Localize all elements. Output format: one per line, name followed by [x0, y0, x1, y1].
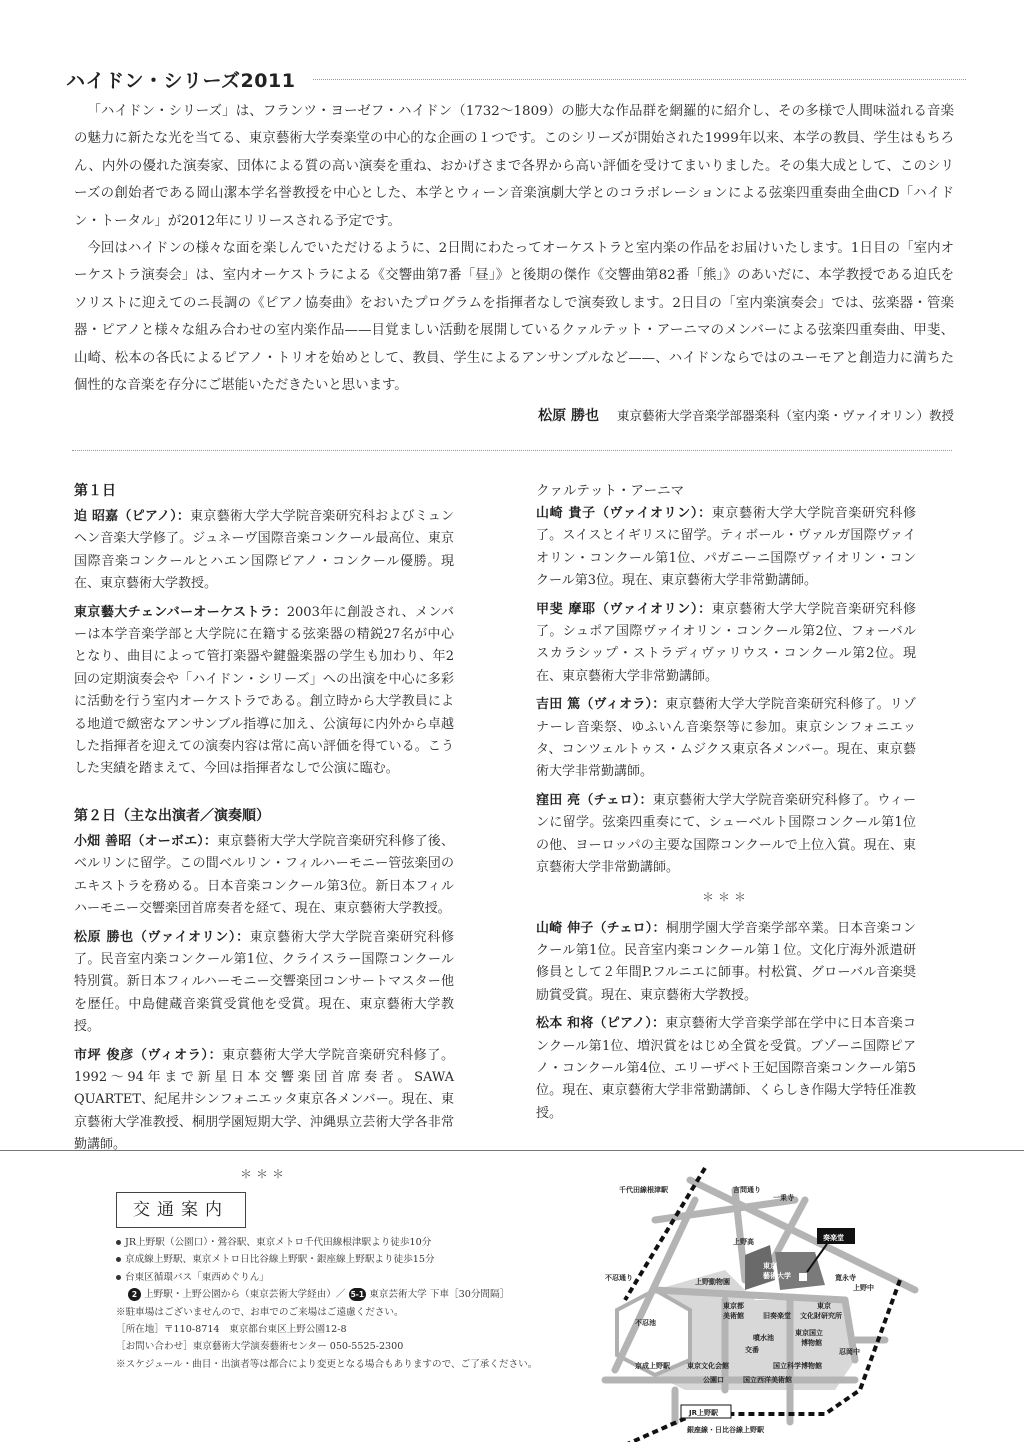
page-title: ハイドン・シリーズ2011 — [66, 66, 295, 93]
map-label: 一乗寺 — [773, 1193, 794, 1202]
map-label: 公園口 — [702, 1375, 724, 1384]
bio-entry: 小畑 善昭（オーボエ）：東京藝術大学大学院音楽研究科修了後、ベルリンに留学。この… — [74, 831, 454, 921]
bio-entry: 迫 昭嘉（ピアノ）：東京藝術大学大学院音楽研究科およびミュンヘン音楽大学修了。ジ… — [74, 506, 454, 596]
bio-text: 東京藝術大学音楽学部在学中に日本音楽コンクール第1位、増沢賞をはじめ全賞を受賞。… — [536, 1016, 916, 1121]
access-item: JR上野駅（公園口）・鶯谷駅、東京メトロ千代田線根津駅より徒歩10分 — [116, 1234, 586, 1251]
bio-name: 市坪 俊彦（ヴィオラ）： — [74, 1048, 222, 1063]
title-divider — [313, 79, 966, 80]
bio-name: 吉田 篤（ヴィオラ）： — [536, 697, 665, 712]
parking-note: ※駐車場はございませんので、お車でのご来場はご遠慮ください。 — [116, 1304, 586, 1321]
bio-name: 松原 勝也（ヴァイオリン）： — [74, 930, 250, 945]
signature: 松原 勝也 東京藝術大学音楽学部器楽科（室内楽・ヴァイオリン）教授 — [538, 405, 954, 425]
bullet-icon — [116, 1240, 121, 1245]
bus-stop-badge: 5-1 — [349, 1288, 367, 1301]
bio-entry: 市坪 俊彦（ヴィオラ）：東京藝術大学大学院音楽研究科修了。1992～94年まで新… — [74, 1045, 454, 1157]
right-column: クァルテット・アーニマ 山崎 貴子（ヴァイオリン）：東京藝術大学大学院音楽研究科… — [536, 480, 916, 1131]
access-item: 台東区循環バス「東西めぐりん」 — [116, 1269, 586, 1286]
bio-text: 東京藝術大学大学院音楽研究科修了。民音室内楽コンクール第1位、クライスラー国際コ… — [74, 930, 454, 1035]
map-label: 博物館 — [801, 1338, 822, 1347]
map-label: 京成上野駅 — [635, 1361, 670, 1370]
map-label: 噴水池 — [753, 1333, 774, 1342]
map-label: 忍岡中 — [839, 1347, 860, 1356]
bio-name: 山崎 貴子（ヴァイオリン）： — [536, 506, 712, 521]
section-divider — [72, 450, 952, 451]
footer-divider — [0, 1150, 1024, 1151]
day1-heading: 第１日 — [74, 480, 454, 502]
quartet-heading: クァルテット・アーニマ — [536, 480, 916, 502]
access-map: 奏楽堂 千代田線根津駅 言問通り 一乗寺 不忍通り 上野高 東京 藝術大学 上野… — [595, 1160, 925, 1442]
map-label: 銀座線・日比谷線上野駅 — [687, 1425, 764, 1434]
bio-name: 東京藝大チェンバーオーケストラ： — [74, 605, 287, 620]
bio-text: 東京藝術大学大学院音楽研究科修了。1992～94年まで新星日本交響楽団首席奏者。… — [74, 1048, 454, 1153]
bus-to: 東京芸術大学 下車［30分間隔］ — [369, 1289, 509, 1300]
map-label: 東京 — [817, 1301, 831, 1310]
map-label: 美術館 — [723, 1311, 744, 1320]
bus-stop-badge: 2 — [128, 1288, 141, 1301]
address: ［所在地］〒110-8714 東京都台東区上野公園12-8 — [116, 1321, 586, 1338]
access-info: 交通案内 JR上野駅（公園口）・鶯谷駅、東京メトロ千代田線根津駅より徒歩10分 … — [116, 1192, 586, 1373]
map-label: 交番 — [745, 1345, 759, 1354]
bio-entry: 山崎 貴子（ヴァイオリン）：東京藝術大学大学院音楽研究科修了。スイスとイギリスに… — [536, 503, 916, 593]
bio-name: 迫 昭嘉（ピアノ）： — [74, 509, 190, 524]
bio-name: 窪田 亮（チェロ）： — [536, 793, 653, 808]
map-label: 不忍通り — [605, 1273, 633, 1282]
bullet-icon — [116, 1257, 121, 1262]
bio-entry: 東京藝大チェンバーオーケストラ：2003年に創設され、メンバーは本学音楽学部と大… — [74, 602, 454, 781]
bio-entry: 吉田 篤（ヴィオラ）：東京藝術大学大学院音楽研究科修了。リゾナーレ音楽祭、ゆふい… — [536, 694, 916, 784]
separator-stars: ＊＊＊ — [74, 1163, 454, 1185]
contact: ［お問い合わせ］東京藝術大学演奏藝術センター 050-5525-2300 — [116, 1338, 586, 1355]
map-label: 東京 — [763, 1261, 777, 1270]
signature-name: 松原 勝也 — [538, 408, 599, 424]
bio-name: 山崎 伸子（チェロ）： — [536, 921, 666, 936]
map-label: 千代田線根津駅 — [619, 1185, 668, 1194]
map-label: 上野中 — [853, 1283, 874, 1292]
left-column: 第１日 迫 昭嘉（ピアノ）：東京藝術大学大学院音楽研究科およびミュンヘン音楽大学… — [74, 480, 454, 1195]
intro-text: 「ハイドン・シリーズ」は、フランツ・ヨーゼフ・ハイドン（1732～1809）の膨… — [74, 98, 954, 399]
bio-name: 松本 和将（ピアノ）： — [536, 1016, 665, 1031]
map-label-sogakudo: 奏楽堂 — [823, 1233, 844, 1242]
bio-entry: 山崎 伸子（チェロ）：桐朋学園大学音楽学部卒業。日本音楽コンクール第1位。民音室… — [536, 918, 916, 1008]
access-item-text: 京成線上野駅、東京メトロ日比谷線上野駅・銀座線上野駅より徒歩15分 — [125, 1254, 435, 1265]
bio-entry: 松原 勝也（ヴァイオリン）：東京藝術大学大学院音楽研究科修了。民音室内楽コンクー… — [74, 927, 454, 1039]
access-item-text: JR上野駅（公園口）・鶯谷駅、東京メトロ千代田線根津駅より徒歩10分 — [125, 1237, 431, 1248]
bullet-icon — [116, 1275, 121, 1280]
map-label: 寛永寺 — [835, 1273, 856, 1282]
map-label: 上野動物園 — [695, 1277, 730, 1286]
bio-name: 甲斐 摩耶（ヴァイオリン）： — [536, 602, 712, 617]
intro-paragraph: 今回はハイドンの様々な面を楽しんでいただけるように、2日間にわたってオーケストラ… — [74, 235, 954, 399]
access-item: 京成線上野駅、東京メトロ日比谷線上野駅・銀座線上野駅より徒歩15分 — [116, 1251, 586, 1268]
spacer — [74, 787, 454, 805]
bio-entry: 窪田 亮（チェロ）：東京藝術大学大学院音楽研究科修了。ウィーンに留学。弦楽四重奏… — [536, 790, 916, 880]
bio-entry: 甲斐 摩耶（ヴァイオリン）：東京藝術大学大学院音楽研究科修了。シュポア国際ヴァイ… — [536, 599, 916, 689]
bus-route: 2 上野駅・上野公園から（東京芸術大学経由）／ 5-1 東京芸術大学 下車［30… — [116, 1286, 586, 1303]
map-label: 東京都 — [723, 1301, 744, 1310]
map-label: 旧奏楽堂 — [763, 1311, 791, 1320]
day2-heading: 第２日（主な出演者／演奏順） — [74, 805, 454, 827]
map-label: 国立西洋美術館 — [743, 1375, 792, 1384]
map-label: 上野高 — [733, 1237, 754, 1246]
map-label: 不忍池 — [635, 1318, 656, 1327]
change-note: ※スケジュール・曲目・出演者等は都合により変更となる場合もありますので、ご了承く… — [116, 1356, 586, 1373]
map-label-jr-ueno: JR上野駅 — [688, 1408, 718, 1417]
access-item-text: 台東区循環バス「東西めぐりん」 — [125, 1272, 269, 1283]
map-label: 東京文化会館 — [687, 1361, 729, 1370]
bio-entry: 松本 和将（ピアノ）：東京藝術大学音楽学部在学中に日本音楽コンクール第1位、増沢… — [536, 1013, 916, 1125]
intro-paragraph: 「ハイドン・シリーズ」は、フランツ・ヨーゼフ・ハイドン（1732～1809）の膨… — [74, 98, 954, 235]
access-title: 交通案内 — [116, 1192, 246, 1228]
sogakudo-marker — [799, 1273, 807, 1281]
map-label: 国立科学博物館 — [773, 1361, 822, 1370]
separator-stars: ＊＊＊ — [536, 886, 916, 908]
map-label: 言問通り — [733, 1185, 761, 1194]
bio-name: 小畑 善昭（オーボエ）： — [74, 834, 217, 849]
map-label: 文化財研究所 — [800, 1311, 842, 1320]
map-label: 藝術大学 — [763, 1271, 791, 1280]
signature-affiliation: 東京藝術大学音楽学部器楽科（室内楽・ヴァイオリン）教授 — [617, 408, 954, 423]
page-header: ハイドン・シリーズ2011 — [66, 64, 966, 94]
bio-text: 2003年に創設され、メンバーは本学音楽学部と大学院に在籍する弦楽器の精鋭27名… — [74, 605, 454, 777]
bus-from: 上野駅・上野公園から（東京芸術大学経由）／ — [144, 1289, 345, 1300]
map-label: 東京国立 — [795, 1328, 823, 1337]
